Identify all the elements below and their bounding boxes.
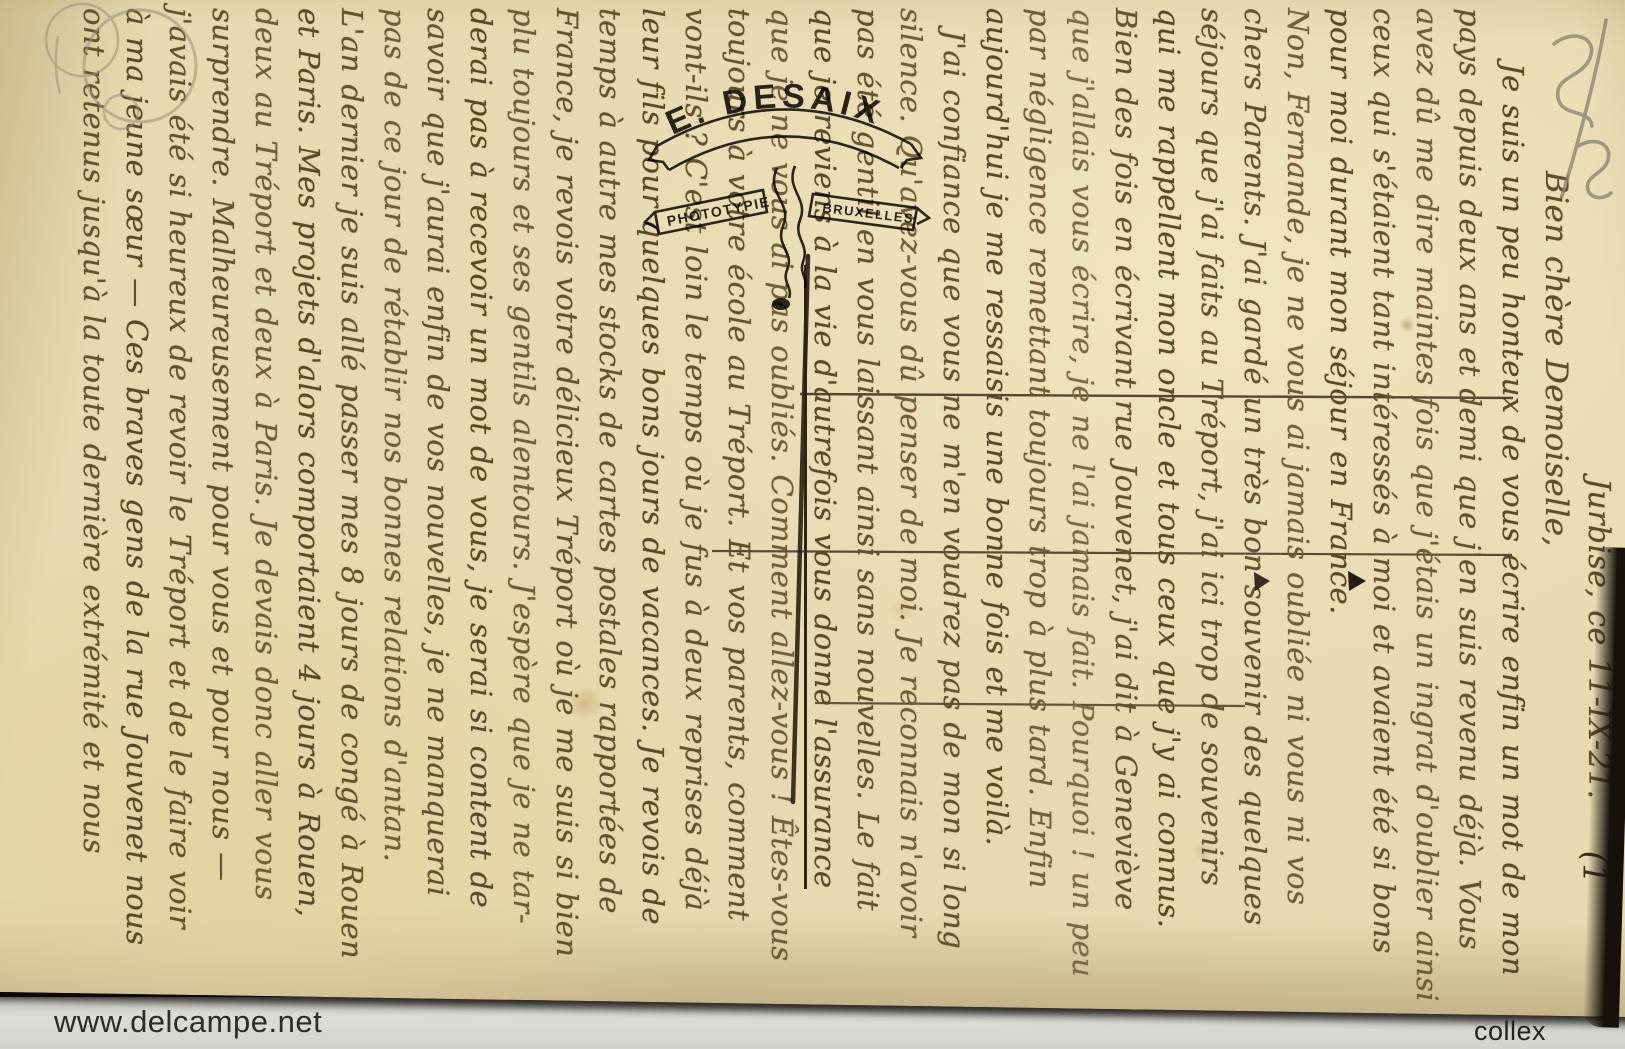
handwritten-letter: Jurbise, ce 11-IX-21. Bien chère Demoise… (28, 8, 1620, 1028)
letter-salutation: Bien chère Demoiselle, (1534, 171, 1577, 1028)
letter-line: Non, Fernande, je ne vous ai jamais oubl… (1276, 8, 1319, 1028)
letter-line: deux au Tréport et deux à Paris. Je deva… (244, 8, 287, 1028)
letter-line: France, je revois votre délicieux Trépor… (545, 8, 588, 1028)
letter-line: par négligence remettant toujours trop à… (1018, 8, 1061, 1028)
letter-line: ceux qui s'étaient tant intéressés à moi… (1362, 8, 1405, 1028)
letter-line: temps à autre mes stocks de cartes posta… (588, 8, 631, 1028)
letter-line: aujourd'hui je me ressaisis une bonne fo… (975, 8, 1018, 1028)
letter-line: toujours à votre école au Tréport. Et vo… (717, 8, 760, 1028)
letter-line: savoir que j'aurai enfin de vos nouvelle… (416, 8, 459, 1028)
letter-line: j'avais été si heureux de revoir le Trép… (158, 8, 201, 1028)
letter-line: qui me rappellent mon oncle et tous ceux… (1147, 8, 1190, 1028)
letter-line: L'an dernier je suis allé passer mes 8 j… (330, 8, 373, 1028)
letter-line: Je suis un peu honteux de vous écrire en… (1491, 63, 1534, 1028)
letter-line: plu toujours et ses gentils alentours. J… (502, 8, 545, 1028)
letter-line: J'ai confiance que vous ne m'en voudrez … (932, 30, 975, 1028)
letter-line: pas été gentil en vous laissant ainsi sa… (846, 8, 889, 1028)
letter-line: que je ne vous ai pas oubliés. Comment a… (760, 8, 803, 1028)
letter-line: et Paris. Mes projets d'alors comportaie… (287, 8, 330, 1028)
letter-line: que je reviens à la vie d'autrefois vous… (803, 8, 846, 1028)
letter-line: séjours que j'ai faits au Tréport, j'ai … (1190, 8, 1233, 1028)
letter-line: chers Parents. J'ai gardé un très bon so… (1233, 8, 1276, 1028)
letter-line: ont retenus jusqu'à la toute dernière ex… (72, 8, 115, 1028)
postcard-photo: www.delcampe.net Jurbise, ce 11-IX-21. B… (0, 0, 1625, 1049)
letter-line: avez dû me dire maintes fois que j'étais… (1405, 8, 1448, 1028)
letter-line: vont-ils ? C'est loin le temps où je fus… (674, 8, 717, 1028)
letter-body: Je suis un peu honteux de vous écrire en… (1491, 8, 1534, 1028)
letter-line: derai pas à recevoir un mot de vous, je … (459, 8, 502, 1028)
letter-line: pour moi durant mon séjour en France. (1319, 8, 1362, 1028)
letter-line: surprendre. Malheureusement pour vous et… (201, 8, 244, 1028)
letter-line: silence. Qu'avez-vous dû penser de moi. … (889, 8, 932, 1028)
letter-line: pays depuis deux ans et demi que j'en su… (1448, 8, 1491, 1028)
collex-watermark: collex (1474, 1016, 1546, 1047)
letter-line: pas de ce jour de rétablir nos bonnes re… (373, 8, 416, 1028)
letter-line: à ma jeune sœur — Ces braves gens de la … (115, 8, 158, 1028)
letter-line: leur fils pour quelques bons jours de va… (631, 8, 674, 1028)
letter-line: que j'allais vous écrire, je ne l'ai jam… (1061, 8, 1104, 1028)
letter-line: Bien des fois en écrivant rue Jouvenet, … (1104, 8, 1147, 1028)
